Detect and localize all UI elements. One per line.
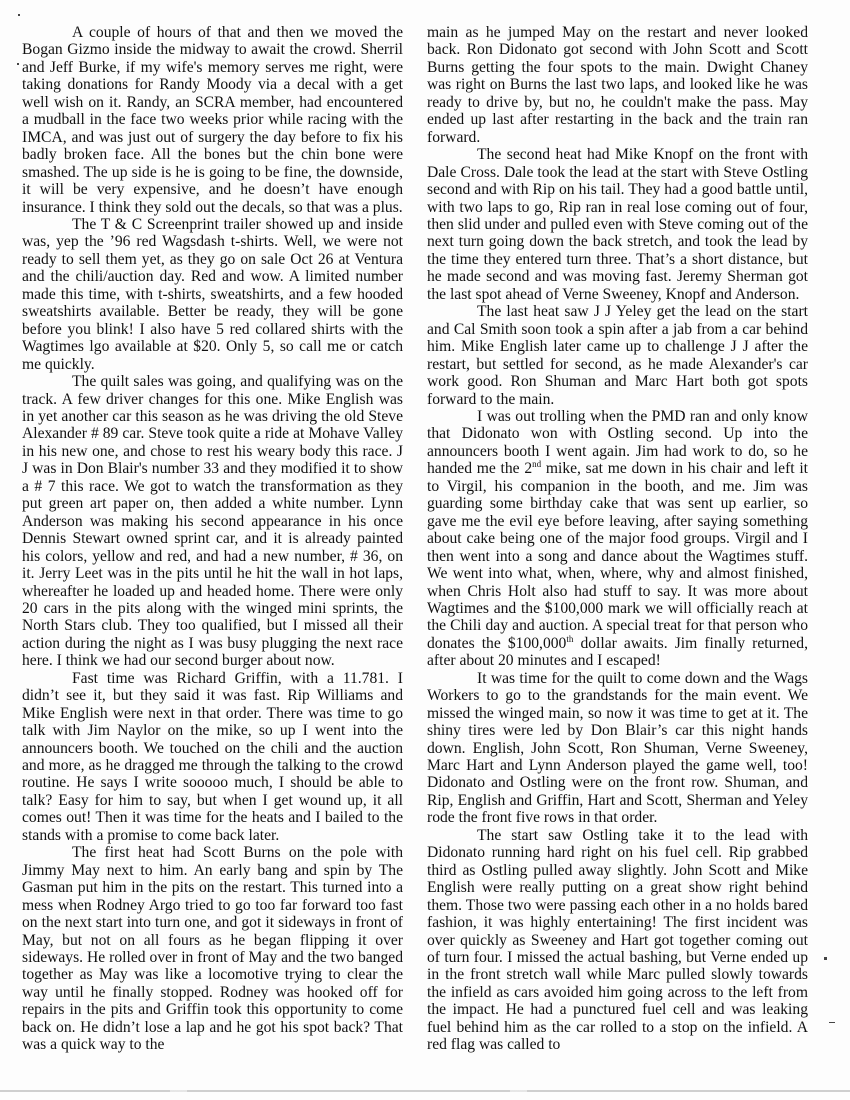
paragraph-qualifying: The quilt sales was going, and qualifyin…: [22, 373, 403, 670]
scan-speck: [829, 1022, 835, 1023]
scan-speck: [17, 63, 19, 65]
paragraph-last-heat: The last heat saw J J Yeley get the lead…: [427, 303, 808, 408]
paragraph-announcers-booth: I was out trolling when the PMD ran and …: [427, 408, 808, 670]
superscript-nd: nd: [532, 459, 541, 469]
paragraph-first-heat: The first heat had Scott Burns on the po…: [22, 844, 403, 1053]
scan-speck: [824, 957, 827, 960]
paragraph-first-heat-continued: main as he jumped May on the restart and…: [427, 24, 808, 146]
paragraph-second-heat: The second heat had Mike Knopf on the fr…: [427, 146, 808, 303]
scan-speck: [18, 14, 20, 16]
right-column: main as he jumped May on the restart and…: [427, 24, 808, 1054]
page-bottom-edge: [0, 1090, 850, 1092]
paragraph-randy-moody-decals: A couple of hours of that and then we mo…: [22, 24, 403, 216]
paragraph-fast-time: Fast time was Richard Griffin, with a 11…: [22, 670, 403, 845]
paragraph-t-shirts: The T & C Screenprint trailer showed up …: [22, 216, 403, 373]
scanned-document-page: A couple of hours of that and then we mo…: [0, 0, 850, 1100]
paragraph-main-event-lineup: It was time for the quilt to come down a…: [427, 670, 808, 827]
left-column: A couple of hours of that and then we mo…: [22, 24, 403, 1054]
text-segment: mike, sat me down in his chair and left …: [427, 460, 808, 652]
paragraph-main-event-start: The start saw Ostling take it to the lea…: [427, 827, 808, 1054]
